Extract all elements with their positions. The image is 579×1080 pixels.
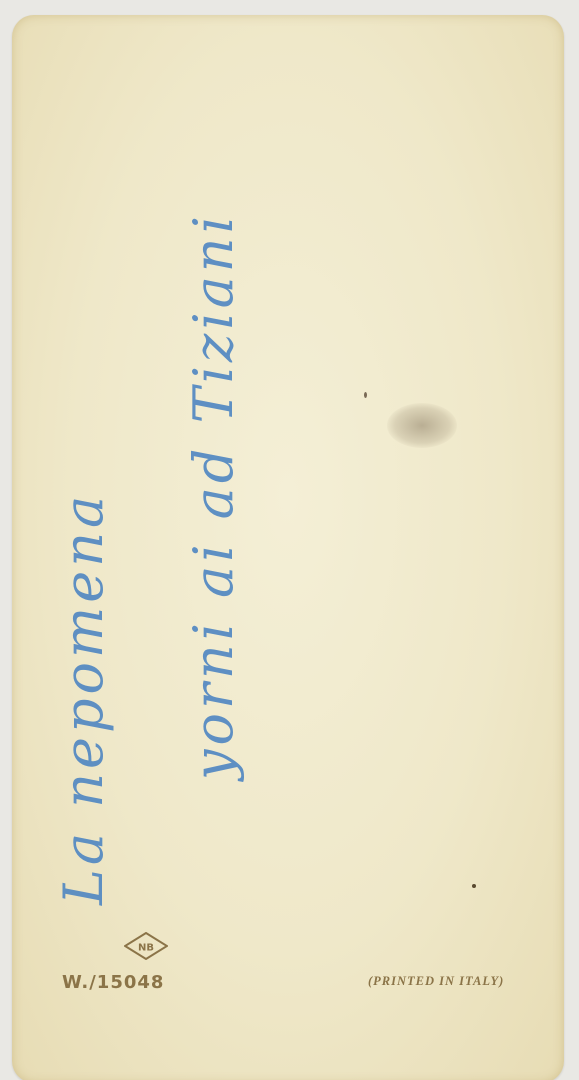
printed-in-italy-label: (PRINTED IN ITALY) <box>368 974 504 989</box>
handwriting-line-1: La nepomena <box>52 492 115 905</box>
publisher-logo-icon: NB <box>124 932 168 960</box>
ink-dot <box>472 884 476 888</box>
svg-text:NB: NB <box>138 943 154 954</box>
handwriting-line-2: yorni ai ad Tiziani <box>182 212 245 780</box>
serial-number: W./15048 <box>62 972 164 993</box>
stain-mark <box>387 403 457 448</box>
ink-dot <box>364 392 367 398</box>
